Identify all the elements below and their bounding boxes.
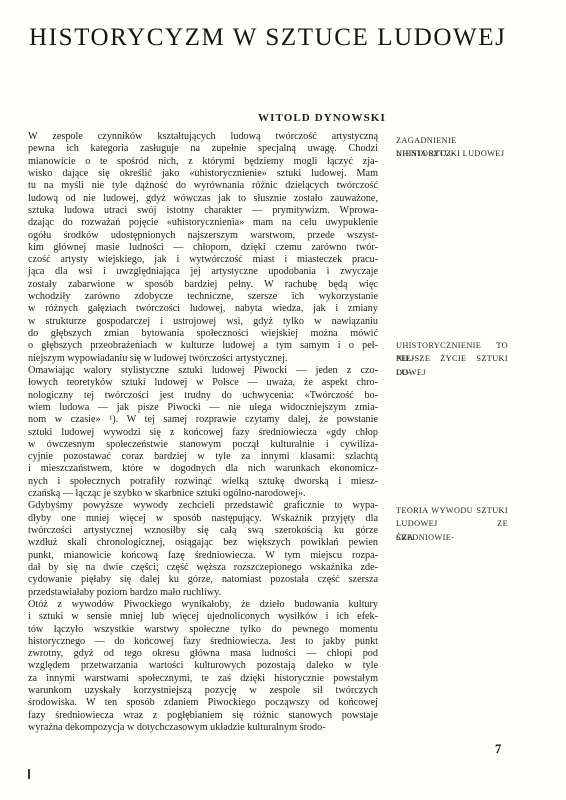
body-line: cydowanie pięłaby się dalej ku górze, na… bbox=[28, 574, 378, 586]
body-line: Gdybyśmy powyższe wywody zechcieli przed… bbox=[28, 500, 378, 512]
body-line: ogółu środków udostępnionych najszerszym… bbox=[28, 230, 378, 242]
body-line: czość artysty wiejskiego, jak i wytwórcz… bbox=[28, 254, 378, 266]
margin-note-line: ZAGADNIENIE UHISTORYCZ- bbox=[396, 134, 508, 147]
margin-note: TEORIA WYWODU SZTUKILUDOWEJ ZE ŚREDNIOWI… bbox=[396, 504, 508, 544]
body-line: za innymi warstwami społecznymi, te zaś … bbox=[28, 673, 378, 685]
body-line: nom w czasie» ¹). W tej samej rozprawie … bbox=[28, 414, 378, 426]
body-line: zwrotny, gdyż od tego okresu główna masa… bbox=[28, 648, 378, 660]
body-line: wyraźna dekompozycja w dotychczasowym uk… bbox=[28, 722, 378, 734]
body-line: przedstawiałaby poziom bardzo mało ruchl… bbox=[28, 587, 378, 599]
body-line: czańską — łącząc je szybko w skarbnice s… bbox=[28, 488, 378, 500]
body-line: zostały zabarwione w sposób bardziej peł… bbox=[28, 279, 378, 291]
body-line: względem przetwarzania wartości kulturow… bbox=[28, 660, 378, 672]
body-line: wiem ludowa — jak pisze Piwocki — nie ul… bbox=[28, 402, 378, 414]
body-line: jąca dla wsi i uwzględniająca jej artyst… bbox=[28, 266, 378, 278]
body-line: i sztuki w sensie mniej lub więcej ujedn… bbox=[28, 611, 378, 623]
author-name: WITOLD DYNOWSKI bbox=[258, 112, 386, 124]
body-line: do głębszych zmian bytowania społecznośc… bbox=[28, 328, 378, 340]
body-line: dzając do rozważań pojęcie «uhistoryczni… bbox=[28, 217, 378, 229]
margin-note-line: UHISTORYCZNIENIE TO PEŁ- bbox=[396, 339, 508, 352]
body-line: kim głównej masie ludności — chłopom, dz… bbox=[28, 242, 378, 254]
body-line: mianowicie o te spośród nich, z którymi … bbox=[28, 156, 378, 168]
body-line: wchodziły zarówno zdobycze techniczne, s… bbox=[28, 291, 378, 303]
body-line: sztuka ludowa utraci swój istotny charak… bbox=[28, 205, 378, 217]
body-line: warunkom uzyskały korzystniejszą pozycję… bbox=[28, 685, 378, 697]
body-line: w strukturze gospodarczej i ustrojowej w… bbox=[28, 316, 378, 328]
body-line: o głębszych przeobrażeniach w kulturze l… bbox=[28, 340, 378, 352]
body-line: tu na myśli nie tyle dążność do wyrównan… bbox=[28, 180, 378, 192]
body-line: Omawiając walory stylistyczne sztuki lud… bbox=[28, 365, 378, 377]
body-line: fazy średniowiecza wraz z pogłębianiem s… bbox=[28, 710, 378, 722]
scanned-book-page: HISTORYCYZM W SZTUCE LUDOWEJ WITOLD DYNO… bbox=[0, 0, 566, 800]
body-line: cyjnie pozostawać coraz bardziej w tyle … bbox=[28, 451, 378, 463]
body-line: historycznego — do końcowej fazy średnio… bbox=[28, 636, 378, 648]
body-line: środowiska. W ten sposób zdaniem Piwocki… bbox=[28, 697, 378, 709]
body-line: W zespole czynników kształtujących ludow… bbox=[28, 131, 378, 143]
body-line: nych i społecznych potrafiły rozwinąć wi… bbox=[28, 476, 378, 488]
body-line: dał by się na dwie części; część węższa … bbox=[28, 562, 378, 574]
body-line: Otóż z wywodów Piwockiego wynikałoby, że… bbox=[28, 599, 378, 611]
margin-note-line: LUDOWEJ ZE ŚREDNIOWIE- bbox=[396, 517, 508, 530]
margin-note-line: NIEJSZE ŻYCIE SZTUKI LU- bbox=[396, 352, 508, 365]
body-line: wisko dające się określić jako «uhistory… bbox=[28, 168, 378, 180]
margin-note: UHISTORYCZNIENIE TO PEŁ-NIEJSZE ŻYCIE SZ… bbox=[396, 339, 508, 379]
body-line: tów łączyło wszystkie warstwy społeczne … bbox=[28, 624, 378, 636]
body-line: niejszym wypowiadaniu się w ludowej twór… bbox=[28, 353, 378, 365]
body-text: W zespole czynników kształtujących ludow… bbox=[28, 131, 378, 734]
page-number: 7 bbox=[495, 742, 501, 757]
body-line: wzdłuż skali chronologicznej, osiągając … bbox=[28, 537, 378, 549]
body-line: ludową od nie ludowej, gdyż wówczas jak … bbox=[28, 193, 378, 205]
body-line: w ówczesnym społeczeństwie stanowym pocz… bbox=[28, 439, 378, 451]
body-line: punkt, mianowicie końcową fazę średniowi… bbox=[28, 550, 378, 562]
body-line: w różnych gałęziach twórczości ludowej, … bbox=[28, 303, 378, 315]
margin-note: ZAGADNIENIE UHISTORYCZ-NIENIA SZTUKI LUD… bbox=[396, 134, 508, 161]
body-line: nologiczny tej twórczości jest trudny do… bbox=[28, 390, 378, 402]
margin-note-line: NIENIA SZTUKI LUDOWEJ bbox=[396, 147, 508, 160]
margin-notes-rail: ZAGADNIENIE UHISTORYCZ-NIENIA SZTUKI LUD… bbox=[396, 0, 508, 800]
print-registration-mark bbox=[28, 769, 30, 779]
body-line: sztuki ludowej wywodzi się z końcowej fa… bbox=[28, 427, 378, 439]
margin-note-line: TEORIA WYWODU SZTUKI bbox=[396, 504, 508, 517]
body-line: łowych teoretyków sztuki ludowej w Polsc… bbox=[28, 377, 378, 389]
margin-note-line: DOWEJ bbox=[396, 366, 508, 379]
body-line: pewna ich kategoria zasługuje na zupełni… bbox=[28, 143, 378, 155]
body-line: i mieszczaństwem, które w dogodnych dla … bbox=[28, 463, 378, 475]
body-line: dłyby one mniej więcej w sposób następuj… bbox=[28, 513, 378, 525]
body-line: twórczości artystycznej wznosiłby się ca… bbox=[28, 525, 378, 537]
